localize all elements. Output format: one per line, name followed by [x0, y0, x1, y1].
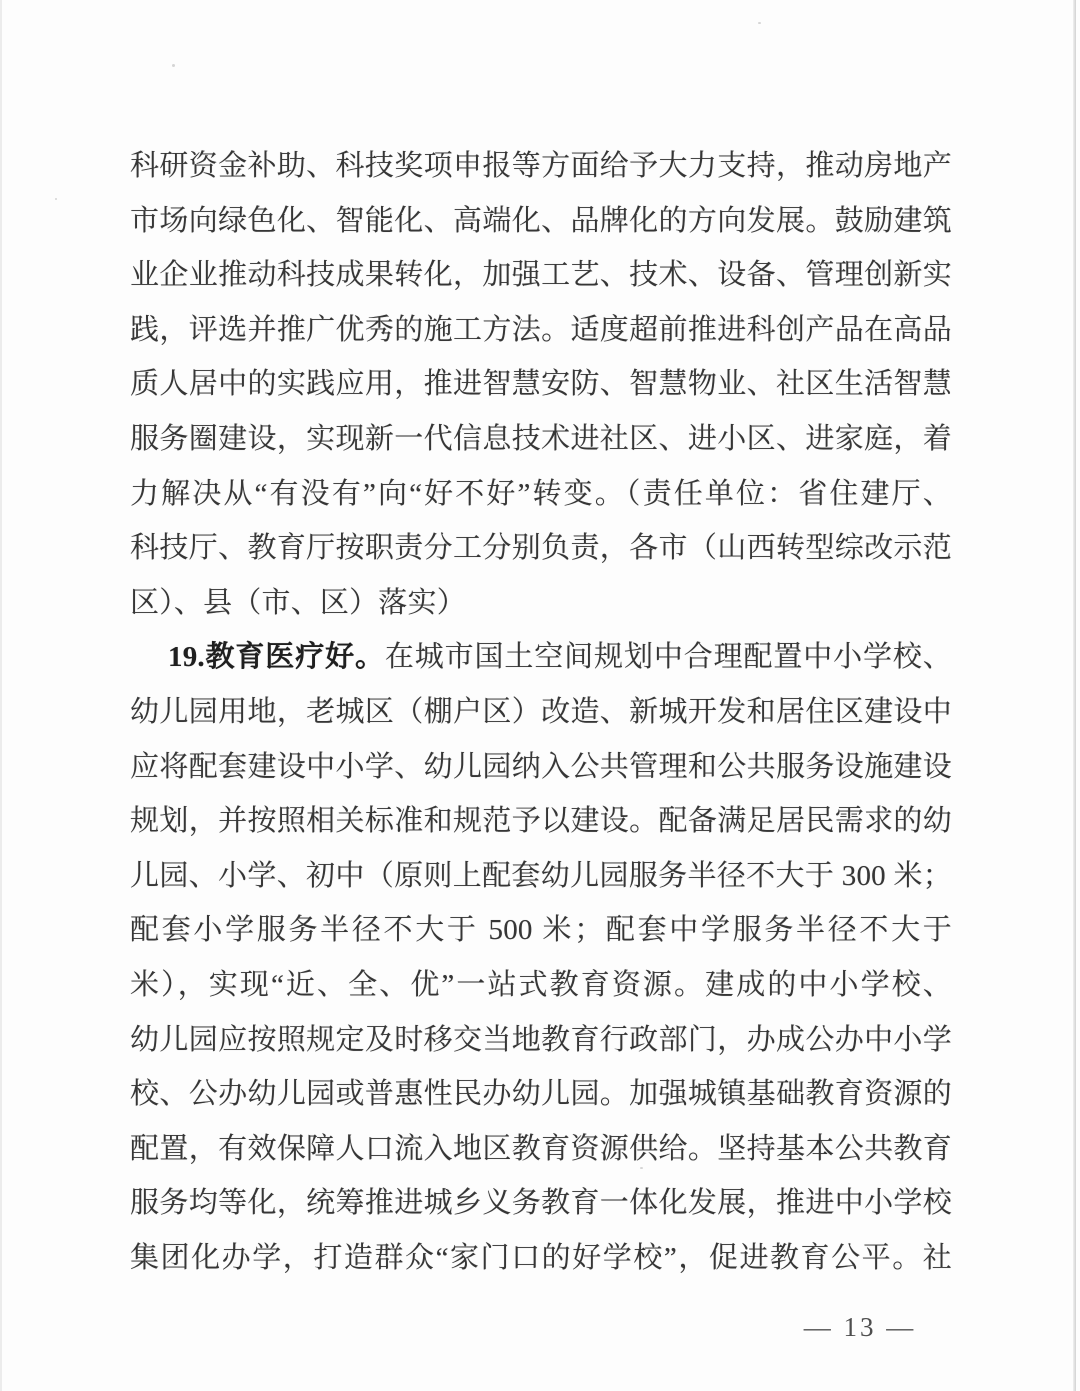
text-line: 科研资金补助、科技奖项申报等方面给予大力支持，推动房地产 — [130, 139, 952, 194]
text-line: 力解决从“有没有”向“好不好”转变。（责任单位：省住建厅、 — [130, 467, 952, 522]
text-line: 儿园、小学、初中（原则上配套幼儿园服务半径不大于 300 米； — [130, 849, 952, 904]
page-number: — 13 — — [770, 1312, 950, 1343]
item-19-heading: 19.教育医疗好。 — [168, 641, 385, 673]
document-page: 科研资金补助、科技奖项申报等方面给予大力支持，推动房地产 市场向绿色化、智能化、… — [0, 0, 1080, 1391]
scan-left-edge — [0, 0, 2, 1391]
scan-speck — [55, 198, 57, 200]
text-line: 践，评选并推广优秀的施工方法。适度超前推进科创产品在高品 — [130, 303, 952, 358]
text-line: 质人居中的实践应用，推进智慧安防、智慧物业、社区生活智慧 — [130, 357, 952, 412]
text-line: 集团化办学，打造群众“家门口的好学校”，促进教育公平。社 — [130, 1231, 952, 1286]
scan-speck — [172, 64, 175, 67]
body-text: 科研资金补助、科技奖项申报等方面给予大力支持，推动房地产 市场向绿色化、智能化、… — [130, 139, 952, 1285]
item-19-first-line: 19.教育医疗好。在城市国土空间规划中合理配置中小学校、 — [130, 630, 952, 685]
text-line: 校、公办幼儿园或普惠性民办幼儿园。加强城镇基础教育资源的 — [130, 1067, 952, 1122]
scan-right-edge — [1073, 0, 1076, 1391]
text-line: 市场向绿色化、智能化、高端化、品牌化的方向发展。鼓励建筑 — [130, 194, 952, 249]
text-line: 规划，并按照相关标准和规范予以建设。配备满足居民需求的幼 — [130, 794, 952, 849]
text-line: 科技厅、教育厅按职责分工分别负责，各市（山西转型综改示范 — [130, 521, 952, 576]
item-19-first-line-rest: 在城市国土空间规划中合理配置中小学校、 — [385, 641, 952, 673]
text-line: 米），实现“近、全、优”一站式教育资源。建成的中小学校、 — [130, 958, 952, 1013]
text-line: 服务圈建设，实现新一代信息技术进社区、进小区、进家庭，着 — [130, 412, 952, 467]
scan-speck — [758, 22, 761, 24]
text-line: 配置，有效保障人口流入地区教育资源供给。坚持基本公共教育 — [130, 1122, 952, 1177]
text-line: 幼儿园应按照规定及时移交当地教育行政部门，办成公办中小学 — [130, 1013, 952, 1068]
text-line: 配套小学服务半径不大于 500 米；配套中学服务半径不大于 1000 — [130, 903, 952, 958]
text-line: 服务均等化，统筹推进城乡义务教育一体化发展，推进中小学校 — [130, 1176, 952, 1231]
text-line: 业企业推动科技成果转化，加强工艺、技术、设备、管理创新实 — [130, 248, 952, 303]
text-line-paragraph-end: 区）、县（市、区）落实） — [130, 576, 952, 631]
text-line: 幼儿园用地，老城区（棚户区）改造、新城开发和居住区建设中 — [130, 685, 952, 740]
text-line: 应将配套建设中小学、幼儿园纳入公共管理和公共服务设施建设 — [130, 740, 952, 795]
scan-speck — [640, 1167, 643, 1169]
scan-speck — [930, 205, 932, 208]
